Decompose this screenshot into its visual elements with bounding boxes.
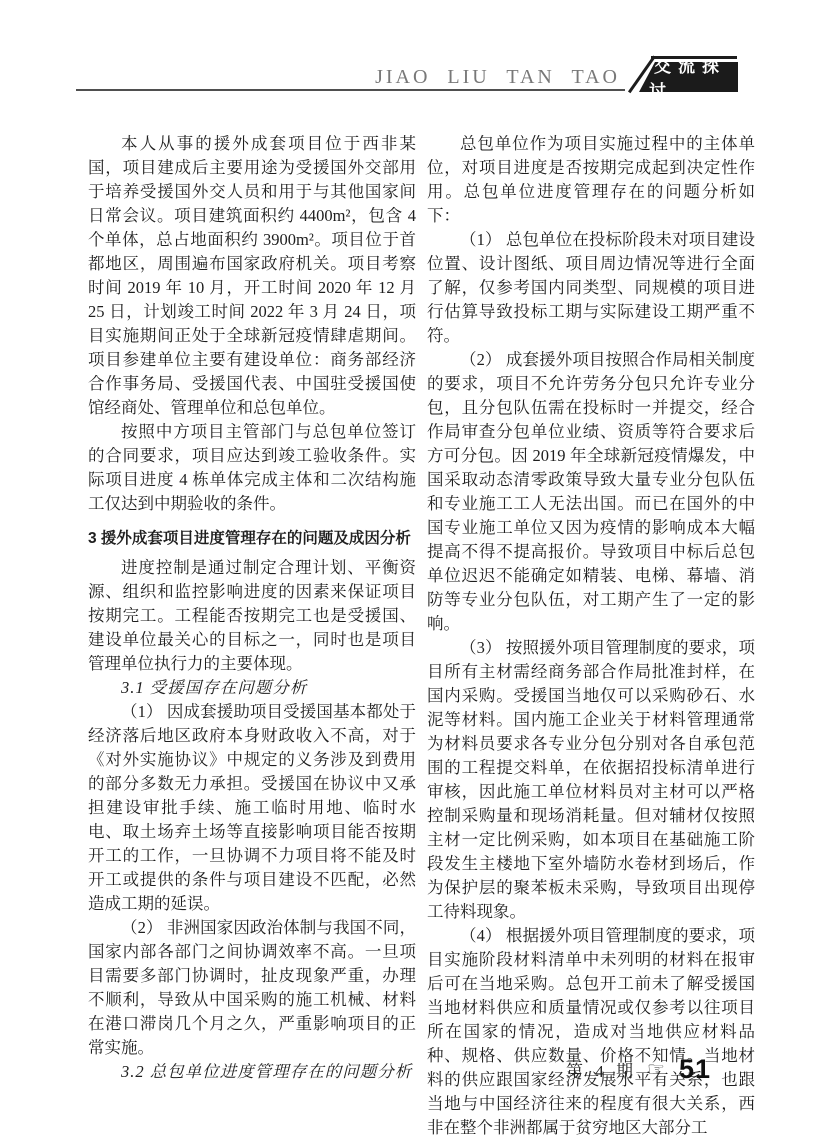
- body-paragraph: （3） 按照援外项目管理制度的要求，项目所有主材需经商务部合作局批准封样，在国内…: [427, 636, 755, 924]
- journal-page: JIAO LIU TAN TAO 交流探讨 本人从事的援外成套项目位于西非某国，…: [0, 0, 839, 1146]
- journal-pinyin-title: JIAO LIU TAN TAO: [300, 66, 620, 89]
- subsection-heading: 3.2 总包单位进度管理存在的问题分析: [88, 1060, 416, 1084]
- body-paragraph: （2） 成套援外项目按照合作局相关制度的要求，项目不允许劳务分包只允许专业分包，…: [427, 348, 755, 636]
- body-paragraph: 本人从事的援外成套项目位于西非某国，项目建成后主要用途为受援国外交部用于培养受援…: [88, 132, 416, 420]
- section-title-badge: 交流探讨: [639, 62, 738, 92]
- issue-label: 第 4 期: [566, 1057, 637, 1082]
- body-paragraph: 按照中方项目主管部门与总包单位签订的合同要求，项目应达到竣工验收条件。实际项目进…: [88, 420, 416, 516]
- page-footer: 第 4 期 ☞ 51: [566, 1054, 736, 1085]
- right-text-column: 总包单位作为项目实施过程中的主体单位，对项目进度是否按期完成起到决定性作用。总包…: [427, 132, 755, 1140]
- section-heading: 3 援外成套项目进度管理存在的问题及成因分析: [88, 527, 416, 551]
- header-top-rule: [651, 56, 737, 59]
- page-number: 51: [679, 1054, 711, 1085]
- body-paragraph: 进度控制是通过制定合理计划、平衡资源、组织和监控影响进度的因素来保证项目按期完工…: [88, 556, 416, 676]
- section-title: 交流探讨: [649, 52, 738, 102]
- body-paragraph: （2） 非洲国家因政治体制与我国不同，国家内部各部门之间协调效率不高。一旦项目需…: [88, 916, 416, 1060]
- subsection-heading: 3.1 受援国存在问题分析: [88, 676, 416, 700]
- body-paragraph: （1） 因成套援助项目受援国基本都处于经济落后地区政府本身财政收入不高，对于《对…: [88, 700, 416, 916]
- left-text-column: 本人从事的援外成套项目位于西非某国，项目建成后主要用途为受援国外交部用于培养受援…: [88, 132, 416, 1084]
- header-rule: [76, 89, 625, 91]
- pointing-hand-icon: ☞: [647, 1057, 665, 1082]
- body-paragraph: 总包单位作为项目实施过程中的主体单位，对项目进度是否按期完成起到决定性作用。总包…: [427, 132, 755, 228]
- body-paragraph: （4） 根据援外项目管理制度的要求，项目实施阶段材料清单中未列明的材料在报审后可…: [427, 924, 755, 1140]
- body-paragraph: （1） 总包单位在投标阶段未对项目建设位置、设计图纸、项目周边情况等进行全面了解…: [427, 228, 755, 348]
